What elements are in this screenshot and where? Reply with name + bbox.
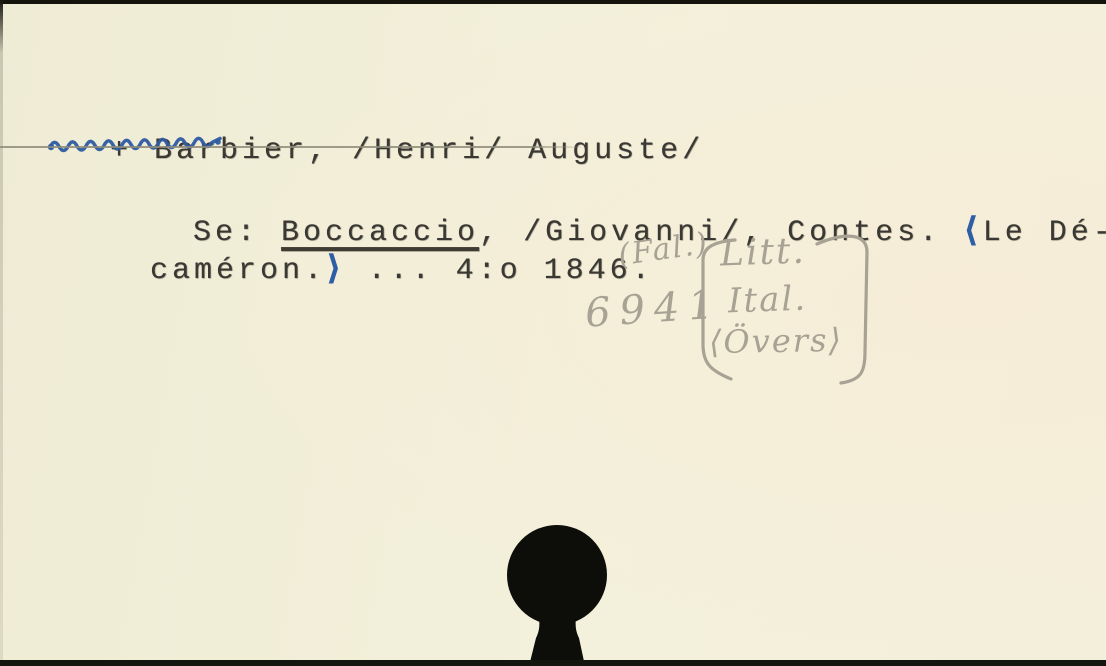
title-start: Le Dé- [983, 216, 1106, 250]
card-top-edge [0, 0, 1106, 4]
title-continued: caméron. [150, 254, 326, 288]
heading-rule [0, 146, 586, 148]
subject-litt: Litt. [719, 231, 806, 275]
reference-line-2: caméron.⟩ ... 4:o 1846. [62, 213, 654, 325]
subject-ital: Ital. [727, 279, 807, 322]
catalog-card: + Barbier, /Henri/ Auguste/ Se: Boccacci… [0, 0, 1106, 666]
open-angle-bracket: ⟨ [963, 210, 983, 250]
card-bottom-edge [0, 660, 1106, 666]
card-left-edge [0, 0, 3, 666]
pencil-right-bracket-icon [813, 228, 889, 388]
punch-hole-icon [466, 498, 676, 666]
close-angle-bracket: ⟩ [326, 248, 346, 288]
pencil-annotations: (Fal.) 6941 Litt. Ital. ⟨Övers⟩ [585, 228, 915, 403]
